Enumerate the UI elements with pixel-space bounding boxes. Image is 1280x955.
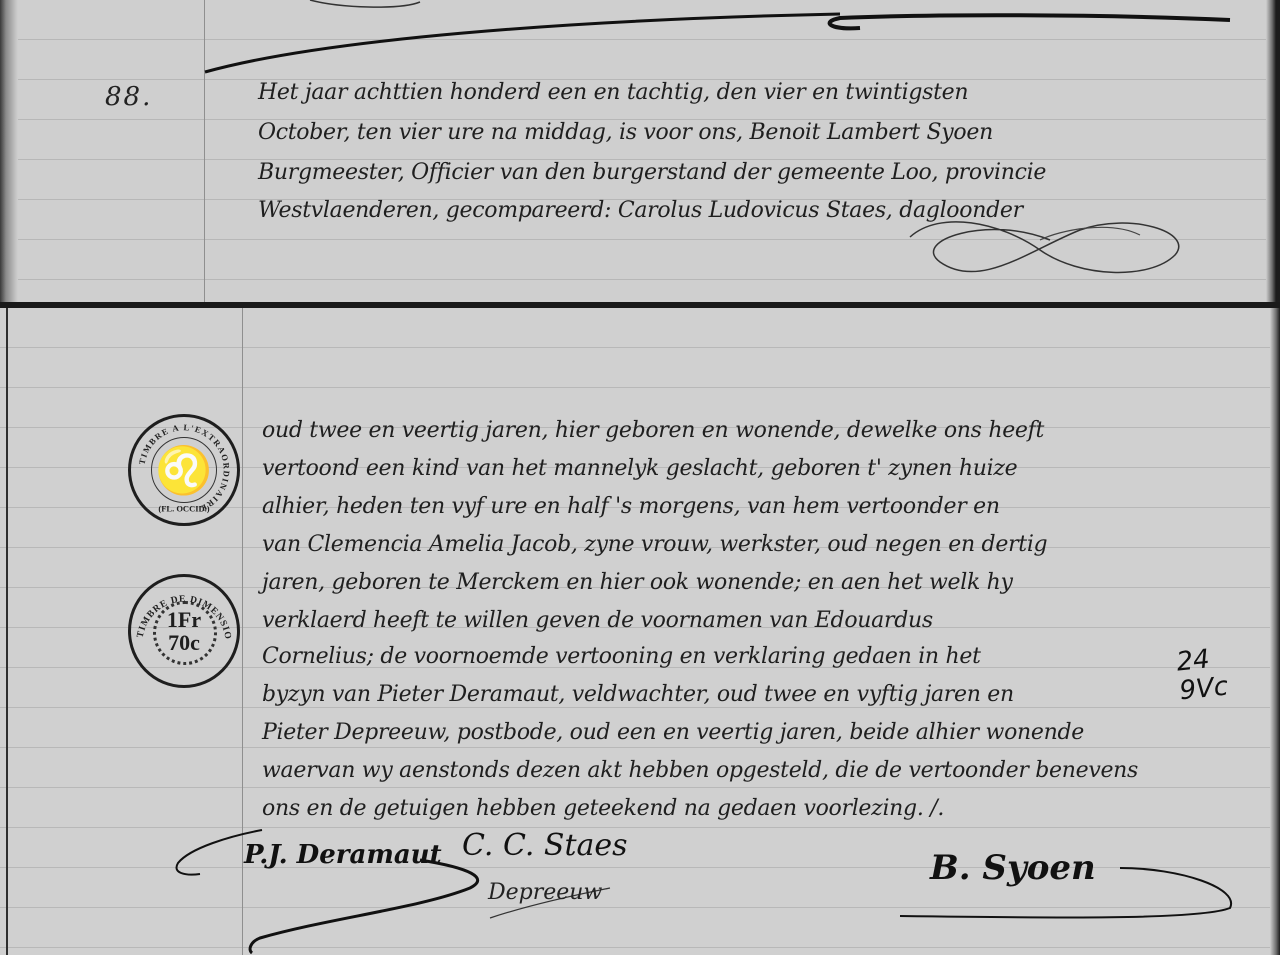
signature-witness-depreeuw: Depreeuw (488, 880, 602, 905)
text-line: Het jaar achttien honderd een en tachtig… (258, 80, 968, 105)
stamp-value: 1Fr 70c (167, 608, 201, 654)
signature-mayor-syoen: B. Syoen (930, 848, 1096, 888)
margin-rule (204, 0, 205, 302)
entry-number: 88. (105, 82, 152, 112)
text-line: byzyn van Pieter Deramaut, veldwachter, … (262, 682, 1014, 707)
text-line: Cornelius; de voornoemde vertooning en v… (262, 644, 981, 669)
stamp-bottom-text: (FL. OCCID.) (158, 504, 209, 514)
page-right-edge (1266, 0, 1280, 302)
text-line: waervan wy aenstonds dezen akt hebben op… (262, 758, 1138, 783)
text-line: Westvlaenderen, gecompareerd: Carolus Lu… (258, 198, 1023, 223)
text-line: vertoond een kind van het mannelyk gesla… (262, 456, 1017, 481)
register-page-bottom: 24 9Vc TIMBRE A L'EXTRAORDINAIRE (FL. OC… (0, 308, 1280, 955)
text-line: ons en de getuigen hebben geteekend na g… (262, 796, 944, 821)
signature-declarant-staes: C. C. Staes (462, 828, 628, 863)
register-page-top: 88. Het jaar achttien honderd een en tac… (0, 0, 1280, 308)
folio-number: 24 9Vc (1175, 644, 1229, 706)
signature-witness-deramaut: P.J. Deramaut (244, 840, 442, 870)
stamp-value-centimes: 70c (167, 631, 201, 654)
text-line: alhier, heden ten vyf ure en half 's mor… (262, 494, 1000, 519)
page-right-edge (1270, 308, 1280, 955)
text-line: October, ten vier ure na middag, is voor… (258, 120, 993, 145)
lion-emblem-icon: ♌ (155, 447, 212, 493)
tax-stamp-dimension: TIMBRE DE DIMENSION 1Fr 70c (128, 574, 240, 688)
text-line: Burgmeester, Officier van den burgerstan… (258, 160, 1046, 185)
stamp-value-francs: 1Fr (167, 608, 201, 631)
text-line: van Clemencia Amelia Jacob, zyne vrouw, … (262, 532, 1047, 557)
folio-mark: 9Vc (1178, 672, 1229, 706)
flourish-top (0, 0, 1280, 300)
margin-rule (242, 308, 243, 955)
tax-stamp-registration: TIMBRE A L'EXTRAORDINAIRE (FL. OCCID.) ♌ (128, 414, 240, 526)
text-line: oud twee en veertig jaren, hier geboren … (262, 418, 1044, 443)
page-binding-edge (0, 0, 18, 302)
text-line: Pieter Depreeuw, postbode, oud een en ve… (262, 720, 1084, 745)
page-binding-edge (6, 308, 8, 955)
text-line: verklaerd heeft te willen geven de voorn… (262, 608, 933, 633)
text-line: jaren, geboren te Merckem en hier ook wo… (262, 570, 1013, 595)
